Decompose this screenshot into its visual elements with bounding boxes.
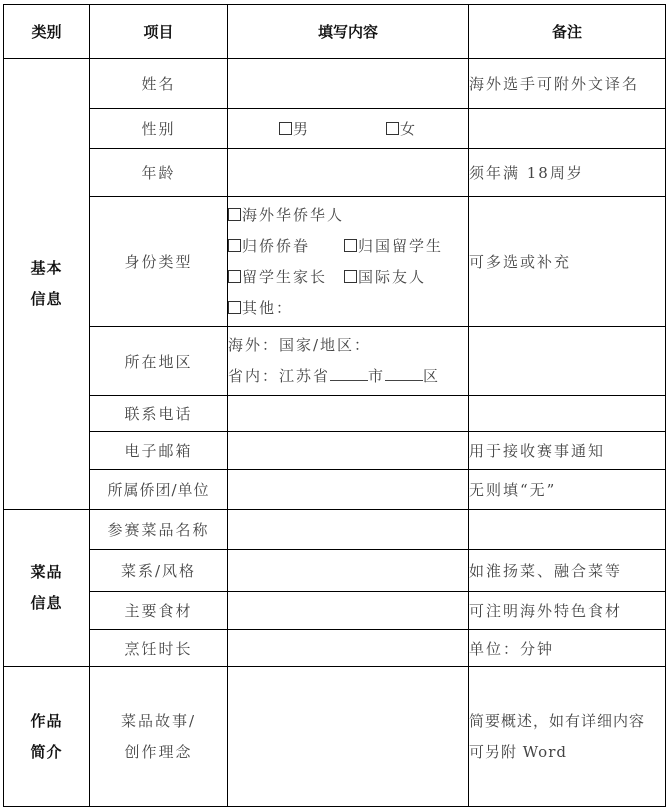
checkbox-icon[interactable] — [228, 270, 241, 283]
item-label: 身份类型 — [90, 197, 228, 327]
ingredients-input-cell[interactable] — [228, 592, 469, 630]
row-cook-time: 烹饪时长 单位：分钟 — [4, 630, 666, 667]
category-dish-info: 菜品 信息 — [4, 510, 90, 667]
option-label: 留学生家长 — [242, 268, 327, 286]
identity-option-international-friend[interactable]: 国际友人 — [344, 262, 426, 293]
overseas-region-field[interactable]: 海外：国家/地区： — [228, 330, 468, 361]
item-label-line2: 创作理念 — [90, 737, 227, 768]
cuisine-input-cell[interactable] — [228, 550, 469, 592]
row-gender: 性别 男女 — [4, 109, 666, 149]
checkbox-icon[interactable] — [228, 239, 241, 252]
item-label: 年龄 — [90, 149, 228, 197]
checkbox-icon[interactable] — [344, 239, 357, 252]
category-label-line2: 信息 — [4, 284, 89, 315]
email-input-cell[interactable] — [228, 432, 469, 470]
identity-options: 海外华侨华人 归侨侨眷归国留学生 留学生家长国际友人 其他： — [228, 197, 469, 327]
note-empty — [469, 109, 666, 149]
story-item-label: 菜品故事/ 创作理念 — [90, 667, 228, 807]
gender-options: 男女 — [228, 109, 469, 149]
identity-option-student-parent[interactable]: 留学生家长 — [228, 262, 344, 293]
identity-line-1: 海外华侨华人 — [228, 200, 468, 231]
row-email: 电子邮箱 用于接收赛事通知 — [4, 432, 666, 470]
identity-option-other[interactable]: 其他： — [228, 293, 293, 324]
item-label: 主要食材 — [90, 592, 228, 630]
note-text: 须年满 18周岁 — [469, 149, 666, 197]
note-empty — [469, 510, 666, 550]
cook-time-input-cell[interactable] — [228, 630, 469, 667]
category-label-line1: 作品 — [4, 706, 89, 737]
header-content: 填写内容 — [228, 5, 469, 59]
row-identity: 身份类型 海外华侨华人 归侨侨眷归国留学生 留学生家长国际友人 其他： 可多选或… — [4, 197, 666, 327]
option-label: 男 — [293, 120, 310, 138]
checkbox-icon[interactable] — [344, 270, 357, 283]
item-label: 参赛菜品名称 — [90, 510, 228, 550]
dish-name-input-cell[interactable] — [228, 510, 469, 550]
phone-input-cell[interactable] — [228, 396, 469, 432]
checkbox-icon[interactable] — [386, 122, 399, 135]
header-row: 类别 项目 填写内容 备注 — [4, 5, 666, 59]
note-text: 海外选手可附外文译名 — [469, 59, 666, 109]
identity-line-2: 归侨侨眷归国留学生 — [228, 231, 468, 262]
item-label: 所在地区 — [90, 327, 228, 396]
identity-option-overseas-chinese[interactable]: 海外华侨华人 — [228, 200, 344, 231]
row-organization: 所属侨团/单位 无则填“无” — [4, 470, 666, 510]
option-label: 归国留学生 — [358, 237, 443, 255]
item-label: 烹饪时长 — [90, 630, 228, 667]
city-blank[interactable] — [330, 366, 368, 381]
identity-line-3: 留学生家长国际友人 — [228, 262, 468, 293]
category-label-line1: 菜品 — [4, 557, 89, 588]
row-age: 年龄 须年满 18周岁 — [4, 149, 666, 197]
story-input-cell[interactable] — [228, 667, 469, 807]
city-label: 市 — [368, 367, 385, 385]
identity-option-returned-family[interactable]: 归侨侨眷 — [228, 231, 344, 262]
registration-form-table: 类别 项目 填写内容 备注 基本 信息 姓名 海外选手可附外文译名 性别 男女 … — [3, 4, 666, 807]
row-cuisine: 菜系/风格 如淮扬菜、融合菜等 — [4, 550, 666, 592]
header-note: 备注 — [469, 5, 666, 59]
note-text: 可注明海外特色食材 — [469, 592, 666, 630]
category-work-intro: 作品 简介 — [4, 667, 90, 807]
district-blank[interactable] — [385, 366, 423, 381]
note-empty — [469, 396, 666, 432]
item-label: 姓名 — [90, 59, 228, 109]
category-label-line2: 信息 — [4, 588, 89, 619]
identity-line-4: 其他： — [228, 293, 468, 324]
header-item: 项目 — [90, 5, 228, 59]
gender-option-male[interactable]: 男 — [279, 118, 310, 139]
checkbox-icon[interactable] — [279, 122, 292, 135]
item-label: 菜系/风格 — [90, 550, 228, 592]
checkbox-icon[interactable] — [228, 208, 241, 221]
identity-option-returned-student[interactable]: 归国留学生 — [344, 231, 443, 262]
organization-input-cell[interactable] — [228, 470, 469, 510]
note-text: 无则填“无” — [469, 470, 666, 510]
domestic-region-field: 省内：江苏省市区 — [228, 361, 468, 392]
item-label-line1: 菜品故事/ — [90, 706, 227, 737]
district-label: 区 — [423, 367, 440, 385]
note-line1: 简要概述，如有详细内容 — [469, 706, 665, 737]
story-note: 简要概述，如有详细内容 可另附 Word — [469, 667, 666, 807]
row-name: 基本 信息 姓名 海外选手可附外文译名 — [4, 59, 666, 109]
category-basic-info: 基本 信息 — [4, 59, 90, 510]
domestic-prefix: 省内：江苏省 — [228, 367, 330, 385]
header-category: 类别 — [4, 5, 90, 59]
overseas-label: 海外：国家/地区： — [228, 336, 371, 354]
note-text: 单位：分钟 — [469, 630, 666, 667]
row-phone: 联系电话 — [4, 396, 666, 432]
note-line2: 可另附 Word — [469, 737, 665, 768]
row-region: 所在地区 海外：国家/地区： 省内：江苏省市区 — [4, 327, 666, 396]
note-text: 可多选或补充 — [469, 197, 666, 327]
option-label: 归侨侨眷 — [242, 237, 310, 255]
age-input-cell[interactable] — [228, 149, 469, 197]
option-label: 女 — [400, 120, 417, 138]
region-fields: 海外：国家/地区： 省内：江苏省市区 — [228, 327, 469, 396]
row-story: 作品 简介 菜品故事/ 创作理念 简要概述，如有详细内容 可另附 Word — [4, 667, 666, 807]
name-input-cell[interactable] — [228, 59, 469, 109]
checkbox-icon[interactable] — [228, 301, 241, 314]
item-label: 所属侨团/单位 — [90, 470, 228, 510]
option-label: 海外华侨华人 — [242, 206, 344, 224]
row-dish-name: 菜品 信息 参赛菜品名称 — [4, 510, 666, 550]
row-ingredients: 主要食材 可注明海外特色食材 — [4, 592, 666, 630]
category-label-line1: 基本 — [4, 253, 89, 284]
item-label: 联系电话 — [90, 396, 228, 432]
category-label-line2: 简介 — [4, 737, 89, 768]
option-label: 国际友人 — [358, 268, 426, 286]
note-text: 用于接收赛事通知 — [469, 432, 666, 470]
gender-option-female[interactable]: 女 — [386, 118, 417, 139]
item-label: 电子邮箱 — [90, 432, 228, 470]
note-text: 如淮扬菜、融合菜等 — [469, 550, 666, 592]
item-label: 性别 — [90, 109, 228, 149]
option-label: 其他： — [242, 299, 293, 317]
note-empty — [469, 327, 666, 396]
